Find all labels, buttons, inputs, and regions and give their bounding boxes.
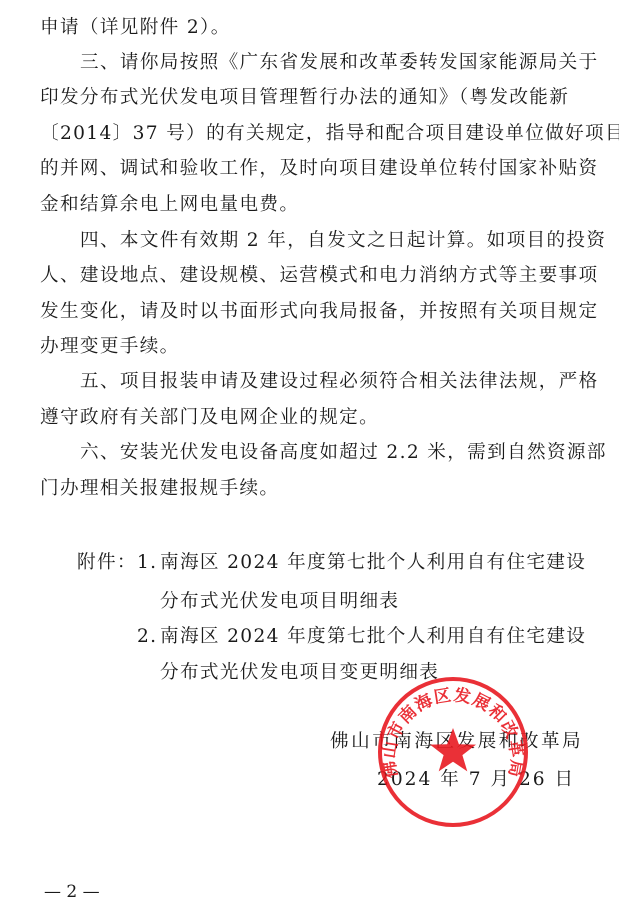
attachment-title: 南海区 2024 年度第七批个人利用自有住宅建设 [160,548,619,578]
attachment-title: 分布式光伏发电项目变更明细表 [160,658,619,688]
paragraph-line: 印发分布式光伏发电项目管理暂行办法的通知》（粤发改能新 [40,83,600,113]
page-number: — 2 — [44,880,100,904]
paragraph-line: 五、项目报装申请及建设过程必须符合相关法律法规，严格 [80,367,600,397]
paragraph-line: 发生变化，请及时以书面形式向我局报备，并按照有关项目规定 [40,297,600,327]
issue-date: 2024 年 7 月 26 日 [377,765,575,795]
attachment-title: 分布式光伏发电项目明细表 [160,587,619,617]
paragraph-line: 的并网、调试和验收工作，及时向项目建设单位转付国家补贴资 [40,154,600,184]
issuer-name: 佛山市南海区发展和改革局 [330,727,583,757]
paragraph-line: 六、安装光伏发电设备高度如超过 2.2 米，需到自然资源部 [80,438,600,468]
paragraph-line: 申请（详见附件 2）。 [40,13,600,43]
attachment-title: 南海区 2024 年度第七批个人利用自有住宅建设 [160,622,619,652]
paragraph-line: 遵守政府有关部门及电网企业的规定。 [40,403,600,433]
paragraph-line: 三、请你局按照《广东省发展和改革委转发国家能源局关于 [80,48,600,78]
paragraph-line: 人、建设地点、建设规模、运营模式和电力消纳方式等主要事项 [40,261,600,291]
paragraph-line: 金和结算余电上网电量电费。 [40,190,600,220]
paragraph-line: 办理变更手续。 [40,332,600,362]
paragraph-line: 〔2014〕37 号）的有关规定，指导和配合项目建设单位做好项目 [40,119,600,149]
paragraph-line: 门办理相关报建报规手续。 [40,474,600,504]
paragraph-line: 四、本文件有效期 2 年，自发文之日起计算。如项目的投资 [80,226,600,256]
